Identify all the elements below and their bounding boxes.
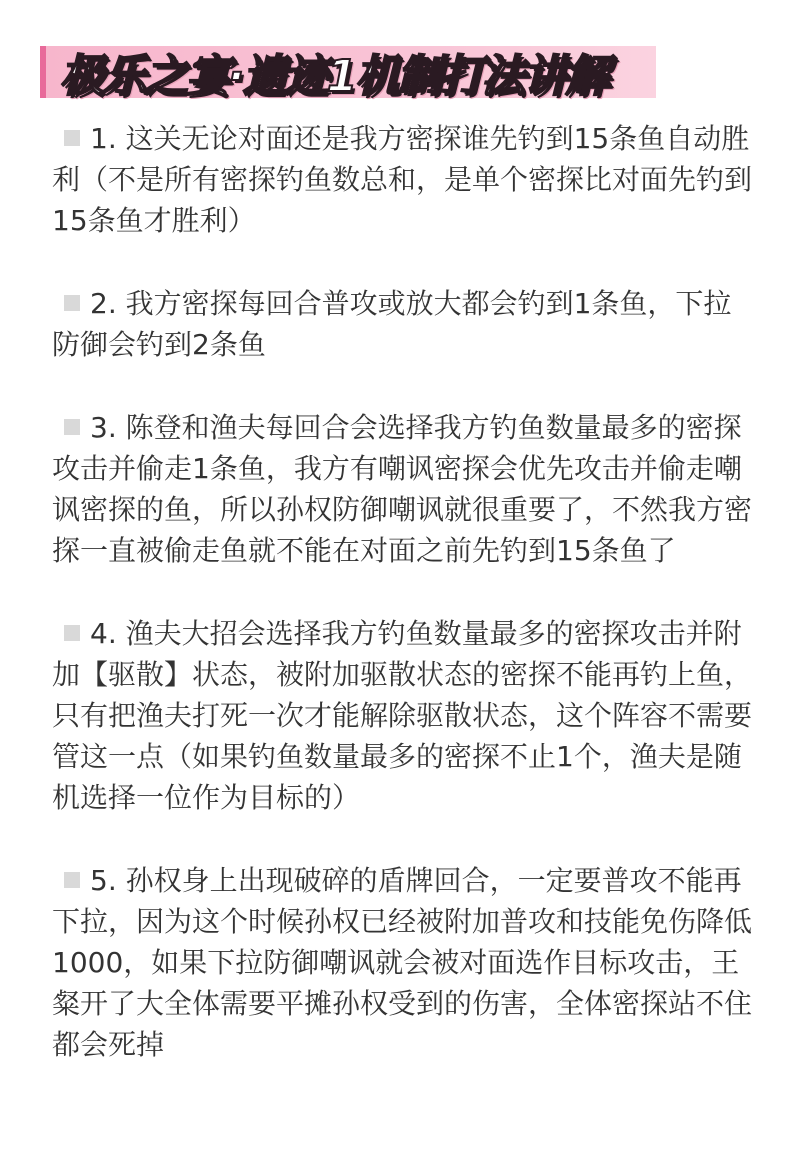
square-bullet-icon <box>64 625 80 641</box>
square-bullet-icon <box>64 295 80 311</box>
list-item-text: 4. 渔夫大招会选择我方钓鱼数量最多的密探攻击并附加【驱散】状态，被附加驱散状态… <box>52 617 752 814</box>
list-item: 1. 这关无论对面还是我方密探谁先钓到15条鱼自动胜利（不是所有密探钓鱼数总和，… <box>52 118 752 241</box>
list-item-text: 1. 这关无论对面还是我方密探谁先钓到15条鱼自动胜利（不是所有密探钓鱼数总和，… <box>52 122 752 237</box>
list-item-text: 5. 孙权身上出现破碎的盾牌回合，一定要普攻不能再下拉，因为这个时候孙权已经被附… <box>52 864 752 1061</box>
list-item-text: 3. 陈登和渔夫每回合会选择我方钓鱼数量最多的密探攻击并偷走1条鱼，我方有嘲讽密… <box>52 411 752 567</box>
square-bullet-icon <box>64 130 80 146</box>
square-bullet-icon <box>64 419 80 435</box>
title-banner: 极乐之宴·遗迹1机制打法讲解 <box>40 42 656 98</box>
list-item: 4. 渔夫大招会选择我方钓鱼数量最多的密探攻击并附加【驱散】状态，被附加驱散状态… <box>52 613 752 818</box>
list-item: 3. 陈登和渔夫每回合会选择我方钓鱼数量最多的密探攻击并偷走1条鱼，我方有嘲讽密… <box>52 407 752 571</box>
rules-list: 1. 这关无论对面还是我方密探谁先钓到15条鱼自动胜利（不是所有密探钓鱼数总和，… <box>52 118 752 1107</box>
title-banner-accent <box>40 46 46 98</box>
square-bullet-icon <box>64 872 80 888</box>
list-item: 5. 孙权身上出现破碎的盾牌回合，一定要普攻不能再下拉，因为这个时候孙权已经被附… <box>52 860 752 1065</box>
list-item: 2. 我方密探每回合普攻或放大都会钓到1条鱼，下拉防御会钓到2条鱼 <box>52 283 752 365</box>
page-title: 极乐之宴·遗迹1机制打法讲解 <box>60 40 607 104</box>
list-item-text: 2. 我方密探每回合普攻或放大都会钓到1条鱼，下拉防御会钓到2条鱼 <box>52 287 731 361</box>
